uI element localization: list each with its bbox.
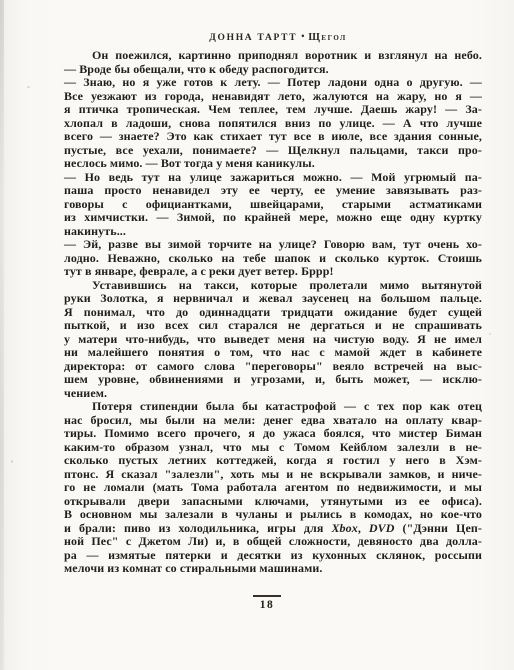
text-line: и брали: пиво из холодильника, игры для … [64, 522, 482, 536]
text-line: мелочи из комнат со стиральными машинами… [64, 562, 482, 576]
text-line: сколько пустых летних коттеджей, когда я… [64, 454, 482, 468]
page-edge-shadow [0, 0, 4, 670]
text-segment: тут в январе, феврале, а с реки дует вет… [64, 264, 334, 278]
text-line: директора: от самого слова "переговоры" … [64, 360, 482, 374]
text-line: пыткой, и изо всех сил старался не дерга… [64, 319, 482, 333]
text-segment: пустые, все уехали, понимаете? — Щелкнул… [64, 143, 482, 157]
text-line: открывали двери запасными ключами, утяну… [64, 495, 482, 509]
text-line: — Знаю, но я уже готов к лету. — Потер л… [64, 76, 482, 90]
text-segment: ра — измятые пятерки и десятки из кухонн… [64, 548, 482, 562]
text-line: — Но ведь тут на улице зажариться можно.… [64, 171, 482, 185]
text-line: птонс. Я сказал "залезли", хоть мы и не … [64, 468, 482, 482]
text-line: — Эй, разве вы зимой торчите на улице? Г… [64, 238, 482, 252]
scan-speck [11, 460, 13, 463]
text-line: паша просто ненавидел эту ее черту, ее у… [64, 184, 482, 198]
text-segment: Потеря стипендии была бы катастрофой — с… [92, 399, 482, 413]
text-line: я птичка тропическая. Чем теплее, тем лу… [64, 103, 482, 117]
page-text: Он поежился, картинно приподнял воротник… [64, 49, 482, 576]
text-line: у матери что-нибудь, что выведет меня на… [64, 333, 482, 347]
header-book-title: Щегол [308, 32, 346, 43]
text-line: из химчистки. — Зимой, по крайней мере, … [64, 211, 482, 225]
text-line: Все уезжают из города, ненавидят лето, ж… [64, 90, 482, 104]
text-segment: тиры. Помимо всего прочего, я до ужаса б… [64, 426, 482, 440]
running-header: ДОННА ТАРТТ•Щегол [69, 27, 487, 45]
text-line: хлопал в ладоши, снова попятился вниз по… [64, 117, 482, 131]
text-line: тут в январе, феврале, а с реки дует вет… [64, 265, 482, 279]
text-segment: хлопал в ладоши, снова попятился вниз по… [64, 116, 482, 130]
text-segment: В основном мы залезали в чуланы и рылись… [64, 507, 482, 521]
text-segment: мелочи из комнат со стиральными машинами… [64, 561, 322, 575]
text-segment: и брали: пиво из холодильника, игры для [64, 521, 331, 535]
text-line: пустые, все уехали, понимаете? — Щелкнул… [64, 144, 482, 158]
text-line: ни малейшего понятия о том, что нас с ма… [64, 346, 482, 360]
text-segment: Он поежился, картинно приподнял воротник… [92, 48, 482, 62]
text-line: Потеря стипендии была бы катастрофой — с… [64, 400, 482, 414]
text-segment: неслось мимо. — Вот тогда у меня каникул… [64, 156, 315, 170]
text-segment: — Знаю, но я уже готов к лету. — Потер л… [64, 75, 482, 89]
text-segment: всего — знаете? Это как стихает тут все … [64, 129, 482, 143]
page-footer: 18 [58, 595, 476, 612]
text-line: чением. [64, 387, 482, 401]
text-segment: нас бросил, мы были на мели: денег едва … [64, 413, 482, 427]
text-segment: у матери что-нибудь, что выведет меня на… [64, 332, 482, 346]
text-line: ной Пес" с Джетом Ли) и, в общей сложнос… [64, 535, 482, 549]
text-segment: — Эй, разве вы зимой торчите на улице? Г… [64, 237, 482, 251]
text-segment: птонс. Я сказал "залезли", хоть мы и не … [64, 467, 482, 481]
text-segment: го не ломали (мать Тома работала агентом… [64, 480, 482, 494]
page-number: 18 [58, 599, 476, 612]
text-segment: пыткой, и изо всех сил старался не дерга… [64, 318, 482, 332]
header-separator-dot: • [301, 31, 304, 41]
text-line: неслось мимо. — Вот тогда у меня каникул… [64, 157, 482, 171]
text-segment: — Вроде бы обещали, что к обеду распогод… [64, 62, 329, 76]
text-segment: ной Пес" с Джетом Ли) и, в общей сложнос… [64, 534, 482, 548]
text-segment: ни малейшего понятия о том, что нас с ма… [64, 345, 482, 359]
text-line: Он поежился, картинно приподнял воротник… [64, 49, 482, 63]
text-segment: — Но ведь тут на улице зажариться можно.… [64, 170, 482, 184]
text-segment: паша просто ненавидел эту ее черту, ее у… [64, 183, 482, 197]
italic-text: DVD [369, 521, 395, 535]
text-line: лодно. Неважно, сколько на тебе шапок и … [64, 252, 482, 266]
text-segment: Уставившись на такси, которые пролетали … [92, 278, 482, 292]
text-line: каким-то образом узнал, что мы с Томом К… [64, 441, 482, 455]
text-segment: чением. [64, 386, 107, 400]
text-line: Я понимал, что до одиннадцати тридцати о… [64, 306, 482, 320]
text-segment: Все уезжают из города, ненавидят лето, ж… [64, 89, 482, 103]
text-line: тиры. Помимо всего прочего, я до ужаса б… [64, 427, 482, 441]
book-page: ДОННА ТАРТТ•Щегол Он поежился, картинно … [0, 0, 514, 670]
text-line: говоры с официантками, швейцарами, стары… [64, 198, 482, 212]
text-segment: сколько пустых летних коттеджей, когда я… [64, 453, 482, 467]
text-segment: говоры с официантками, швейцарами, стары… [64, 197, 482, 211]
text-segment: Я понимал, что до одиннадцати тридцати о… [64, 305, 482, 319]
text-line: В основном мы залезали в чуланы и рылись… [64, 508, 482, 522]
text-segment: каким-то образом узнал, что мы с Томом К… [64, 440, 482, 454]
text-segment: открывали двери запасными ключами, утяну… [64, 494, 482, 508]
scan-speck [489, 333, 491, 335]
text-line: всего — знаете? Это как стихает тут все … [64, 130, 482, 144]
italic-text: Xbox [331, 521, 357, 535]
text-line: ра — измятые пятерки и десятки из кухонн… [64, 549, 482, 563]
text-line: накинуть... [64, 225, 482, 239]
header-author: ДОННА ТАРТТ [209, 33, 297, 43]
text-line: шем уровне, обвинениями и угрозами, и, б… [64, 373, 482, 387]
text-line: руки Золотка, я нервничал и жевал заусен… [64, 292, 482, 306]
scan-speck [27, 86, 30, 88]
text-segment: руки Золотка, я нервничал и жевал заусен… [64, 291, 482, 305]
text-segment: я птичка тропическая. Чем теплее, тем лу… [64, 102, 482, 116]
text-line: нас бросил, мы были на мели: денег едва … [64, 414, 482, 428]
text-segment: ("Дэнни Цеп- [395, 521, 482, 535]
text-segment: лодно. Неважно, сколько на тебе шапок и … [64, 251, 482, 265]
text-segment: , [358, 521, 369, 535]
text-segment: шем уровне, обвинениями и угрозами, и, б… [64, 372, 482, 386]
text-segment: накинуть... [64, 224, 126, 238]
text-line: — Вроде бы обещали, что к обеду распогод… [64, 63, 482, 77]
text-line: Уставившись на такси, которые пролетали … [64, 279, 482, 293]
footer-rule [253, 595, 281, 597]
text-line: го не ломали (мать Тома работала агентом… [64, 481, 482, 495]
text-segment: директора: от самого слова "переговоры" … [64, 359, 482, 373]
text-segment: из химчистки. — Зимой, по крайней мере, … [64, 210, 482, 224]
